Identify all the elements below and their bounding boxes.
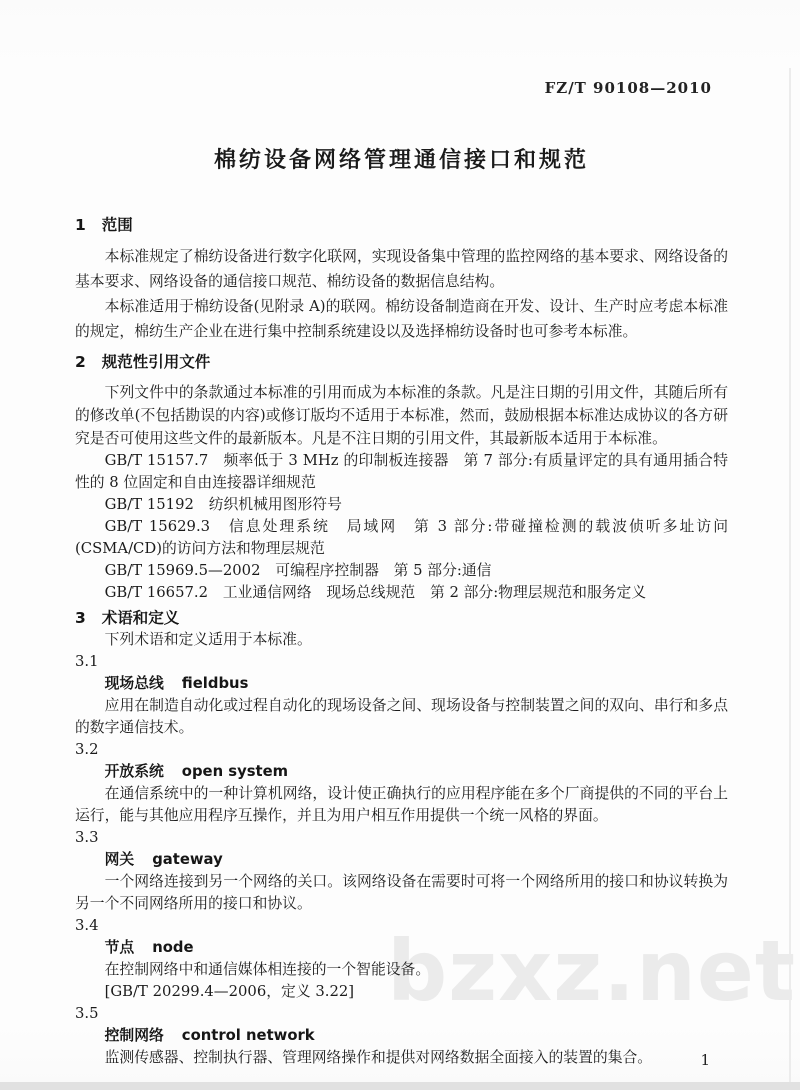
term-number: 3.5 [75,1003,728,1025]
section-2-heading: 2规范性引用文件 [75,352,728,372]
section-2-number: 2 [75,353,86,371]
term-definition: 在控制网络中和通信媒体相连接的一个智能设备。 [75,959,728,981]
page-number: 1 [700,1051,710,1069]
reference-item: GB/T 15629.3 信息处理系统 局域网 第 3 部分:带碰撞检测的载波侦… [75,516,728,560]
term-name-zh: 控制网络 [105,1027,164,1044]
section-1-title: 范围 [102,216,133,234]
term-name-en: gateway [152,851,223,868]
term-name-en: fieldbus [182,675,249,692]
term-number: 3.3 [75,827,728,849]
section-3-heading: 3术语和定义 [75,608,728,628]
section-2-title: 规范性引用文件 [102,353,211,371]
section-2-paragraph-1: 下列文件中的条款通过本标准的引用而成为本标准的条款。凡是注日期的引用文件，其随后… [75,381,728,450]
term-item-3-4: 3.4 节点node 在控制网络中和通信媒体相连接的一个智能设备。 [GB/T … [75,915,728,1003]
term-name-zh: 网关 [105,851,135,868]
term-name: 节点node [75,937,728,959]
document-page: bzxz.net FZ/T 90108—2010 棉纺设备网络管理通信接口和规范… [0,0,800,1090]
section-1-number: 1 [75,216,86,234]
section-1-paragraph-1: 本标准规定了棉纺设备进行数字化联网，实现设备集中管理的监控网络的基本要求、网络设… [75,244,728,294]
term-item-3-3: 3.3 网关gateway 一个网络连接到另一个网络的关口。该网络设备在需要时可… [75,827,728,915]
section-1-paragraph-2: 本标准适用于棉纺设备(见附录 A)的联网。棉纺设备制造商在开发、设计、生产时应考… [75,294,728,344]
term-item-3-2: 3.2 开放系统open system 在通信系统中的一种计算机网络，设计使正确… [75,739,728,827]
page-content: 棉纺设备网络管理通信接口和规范 1范围 本标准规定了棉纺设备进行数字化联网，实现… [75,0,728,1069]
term-number: 3.2 [75,739,728,761]
term-name: 开放系统open system [75,761,728,783]
term-item-3-1: 3.1 现场总线fieldbus 应用在制造自动化或过程自动化的现场设备之间、现… [75,651,728,739]
section-3-title: 术语和定义 [102,609,180,627]
reference-item: GB/T 16657.2 工业通信网络 现场总线规范 第 2 部分:物理层规范和… [75,582,728,604]
reference-item: GB/T 15192 纺织机械用图形符号 [75,494,728,516]
term-name-en: open system [182,763,288,780]
term-name-en: node [152,939,193,956]
term-number: 3.4 [75,915,728,937]
section-3-intro: 下列术语和定义适用于本标准。 [75,628,728,651]
term-item-3-5: 3.5 控制网络control network 监测传感器、控制执行器、管理网络… [75,1003,728,1069]
section-3-number: 3 [75,609,86,627]
term-name-zh: 节点 [105,939,135,956]
term-definition: 一个网络连接到另一个网络的关口。该网络设备在需要时可将一个网络所用的接口和协议转… [75,871,728,915]
page-title: 棉纺设备网络管理通信接口和规范 [75,146,728,176]
term-name: 现场总线fieldbus [75,673,728,695]
reference-item: GB/T 15157.7 频率低于 3 MHz 的印制板连接器 第 7 部分:有… [75,450,728,494]
term-number: 3.1 [75,651,728,673]
term-name-zh: 开放系统 [105,763,164,780]
term-source-reference: [GB/T 20299.4—2006，定义 3.22] [75,981,728,1003]
normative-references-list: GB/T 15157.7 频率低于 3 MHz 的印制板连接器 第 7 部分:有… [75,450,728,604]
term-definition: 监测传感器、控制执行器、管理网络操作和提供对网络数据全面接入的装置的集合。 [75,1047,728,1069]
term-name-en: control network [182,1027,315,1044]
scan-bottom-artifact [0,1082,800,1090]
term-definition: 在通信系统中的一种计算机网络，设计使正确执行的应用程序能在多个厂商提供的不同的平… [75,783,728,827]
term-name: 网关gateway [75,849,728,871]
section-1-heading: 1范围 [75,215,728,235]
term-name-zh: 现场总线 [105,675,164,692]
reference-item: GB/T 15969.5—2002 可编程序控制器 第 5 部分:通信 [75,560,728,582]
term-name: 控制网络control network [75,1025,728,1047]
term-definition: 应用在制造自动化或过程自动化的现场设备之间、现场设备与控制装置之间的双向、串行和… [75,695,728,739]
